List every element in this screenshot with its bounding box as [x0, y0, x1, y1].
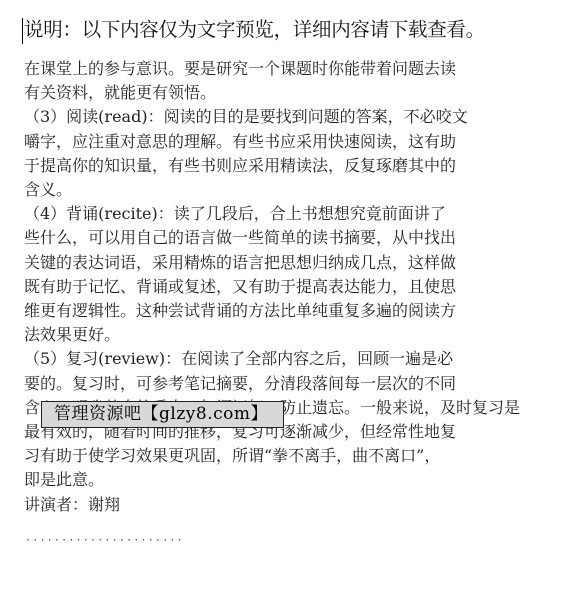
- text-line: 些什么，可以用自己的语言做一些简单的读书摘要，从中找出: [24, 226, 554, 250]
- text-line: 习有助于使学习效果更巩固，所谓“拳不离手，曲不离口”，: [24, 444, 554, 468]
- text-line: 含义。: [24, 178, 554, 202]
- document-body: 在课堂上的参与意识。要是研究一个课题时你能带着问题去读 有关资料，就能更有领悟。…: [24, 57, 554, 517]
- text-line: 嚼字，应注重对意思的理解。有些书应采用快速阅读，这有助: [24, 130, 554, 154]
- text-line: 即是此意。: [24, 468, 554, 492]
- dotted-separator: ······················: [25, 536, 184, 546]
- text-line: 法效果更好。: [24, 323, 554, 347]
- text-line: 要的。复习时，可参考笔记摘要，分清段落间每一层次的不同: [24, 372, 554, 396]
- text-line: 既有助于记忆、背诵或复述，又有助于提高表达能力，且使思: [24, 275, 554, 299]
- text-line: 有关资料，就能更有领悟。: [24, 81, 554, 105]
- text-line: 在课堂上的参与意识。要是研究一个课题时你能带着问题去读: [24, 57, 554, 81]
- section-recite-heading: （4）背诵(recite)：读了几段后，合上书想想究竟前面讲了: [24, 202, 554, 226]
- preview-notice: 说明：以下内容仅为文字预览，详细内容请下载查看。: [24, 17, 485, 43]
- text-line: 关键的表达词语，采用精炼的语言把思想归纳成几点，这样做: [24, 251, 554, 275]
- watermark-banner: 管理资源吧【glzy8.com】: [41, 401, 284, 428]
- text-line: 于提高你的知识量，有些书则应采用精读法，反复琢磨其中的: [24, 154, 554, 178]
- speaker-line: 讲演者：谢翔: [24, 493, 554, 517]
- section-reading-heading: （3）阅读(read)：阅读的目的是要找到问题的答案，不必咬文: [24, 105, 554, 129]
- text-line: 维更有逻辑性。这种尝试背诵的方法比单纯重复多遍的阅读方: [24, 299, 554, 323]
- section-review-heading: （5）复习(review)：在阅读了全部内容之后，回顾一遍是必: [24, 347, 554, 371]
- text-cursor: [22, 18, 23, 44]
